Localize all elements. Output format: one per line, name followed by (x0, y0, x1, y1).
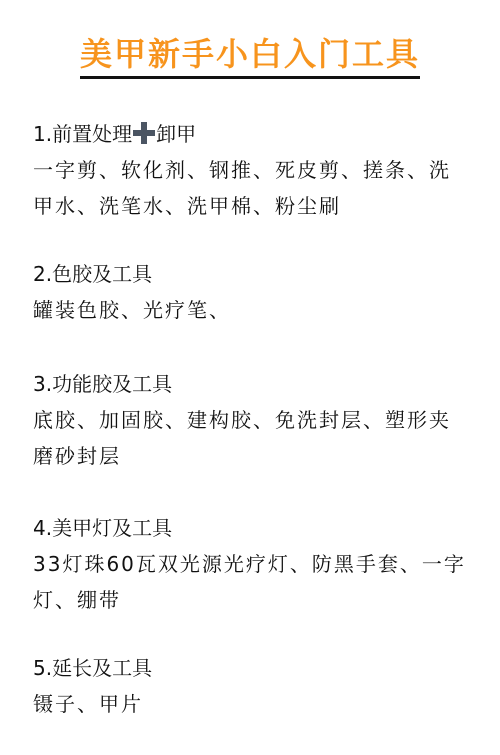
item-line: 底胶、加固胶、建构胶、免洗封层、塑形夹 (33, 402, 480, 438)
item-line: 一字剪、软化剂、钢推、死皮剪、搓条、洗 (33, 152, 480, 188)
section-heading: 2.色胶及工具 (33, 256, 480, 292)
item-line: 灯、绷带 (33, 582, 480, 618)
section-function-gel: 3.功能胶及工具 底胶、加固胶、建构胶、免洗封层、塑形夹 磨砂封层 (33, 366, 480, 474)
section-heading: 1.前置处理卸甲 (33, 116, 480, 152)
section-heading: 5.延长及工具 (33, 650, 480, 686)
section-color-gel: 2.色胶及工具 罐装色胶、光疗笔、 (33, 256, 480, 328)
heading-text: 1.前置处理 (33, 122, 132, 146)
heading-text-2: 卸甲 (156, 122, 196, 146)
item-line: 33灯珠60瓦双光源光疗灯、防黑手套、一字 (33, 546, 480, 582)
item-line: 镊子、甲片 (33, 686, 480, 722)
item-line: 罐装色胶、光疗笔、 (33, 292, 480, 328)
item-line: 磨砂封层 (33, 438, 480, 474)
section-prep: 1.前置处理卸甲 一字剪、软化剂、钢推、死皮剪、搓条、洗 甲水、洗笔水、洗甲棉、… (33, 116, 480, 224)
section-extension: 5.延长及工具 镊子、甲片 (33, 650, 480, 722)
plus-icon (133, 122, 155, 144)
section-heading: 4.美甲灯及工具 (33, 510, 480, 546)
section-lamp: 4.美甲灯及工具 33灯珠60瓦双光源光疗灯、防黑手套、一字 灯、绷带 (33, 510, 480, 618)
page-title: 美甲新手小白入门工具 (80, 34, 420, 79)
item-line: 甲水、洗笔水、洗甲棉、粉尘刷 (33, 188, 480, 224)
title-wrap: 美甲新手小白入门工具 (0, 34, 500, 79)
section-heading: 3.功能胶及工具 (33, 366, 480, 402)
